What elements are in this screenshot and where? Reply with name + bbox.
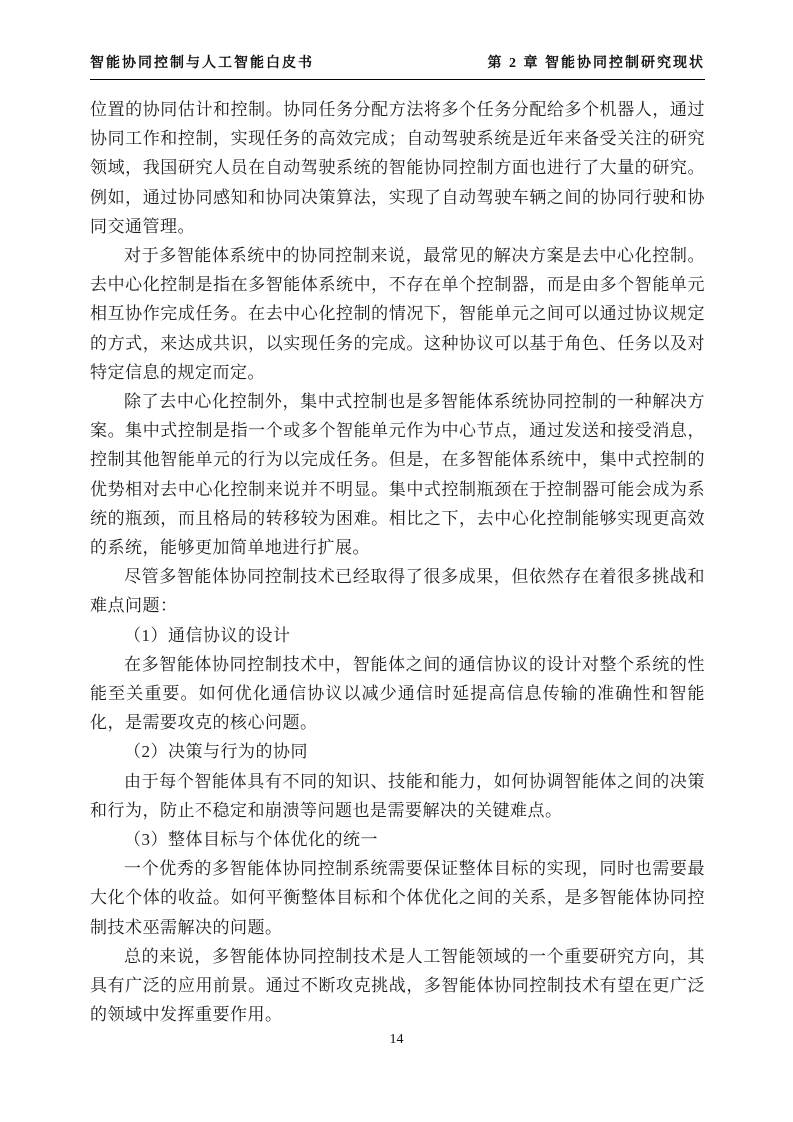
header-right-chapter: 第 2 章 智能协同控制研究现状 (488, 52, 706, 72)
paragraph: 位置的协同估计和控制。协同任务分配方法将多个任务分配给多个机器人，通过协同工作和… (90, 95, 705, 241)
paragraph: （1）通信协议的设计 (90, 621, 705, 650)
paragraph: （3）整体目标与个体优化的统一 (90, 825, 705, 854)
paragraph: （2）决策与行为的协同 (90, 737, 705, 766)
page-number: 14 (390, 1032, 404, 1047)
paragraph: 在多智能体协同控制技术中，智能体之间的通信协议的设计对整个系统的性能至关重要。如… (90, 650, 705, 738)
header-left-title: 智能协同控制与人工智能白皮书 (90, 52, 314, 72)
paragraph: 除了去中心化控制外，集中式控制也是多智能体系统协同控制的一种解决方案。集中式控制… (90, 387, 705, 562)
paragraph: 一个优秀的多智能体协同控制系统需要保证整体目标的实现，同时也需要最大化个体的收益… (90, 854, 705, 942)
body-paragraphs: 位置的协同估计和控制。协同任务分配方法将多个任务分配给多个机器人，通过协同工作和… (90, 95, 705, 1030)
page-footer: 14 (0, 1032, 793, 1048)
paragraph: 总的来说，多智能体协同控制技术是人工智能领域的一个重要研究方向，其具有广泛的应用… (90, 942, 705, 1030)
paragraph: 由于每个智能体具有不同的知识、技能和能力，如何协调智能体之间的决策和行为，防止不… (90, 767, 705, 825)
document-page: 智能协同控制与人工智能白皮书 第 2 章 智能协同控制研究现状 位置的协同估计和… (0, 0, 793, 1122)
paragraph: 对于多智能体系统中的协同控制来说，最常见的解决方案是去中心化控制。去中心化控制是… (90, 241, 705, 387)
page-header: 智能协同控制与人工智能白皮书 第 2 章 智能协同控制研究现状 (90, 52, 705, 80)
paragraph: 尽管多智能体协同控制技术已经取得了很多成果，但依然存在着很多挑战和难点问题： (90, 562, 705, 620)
